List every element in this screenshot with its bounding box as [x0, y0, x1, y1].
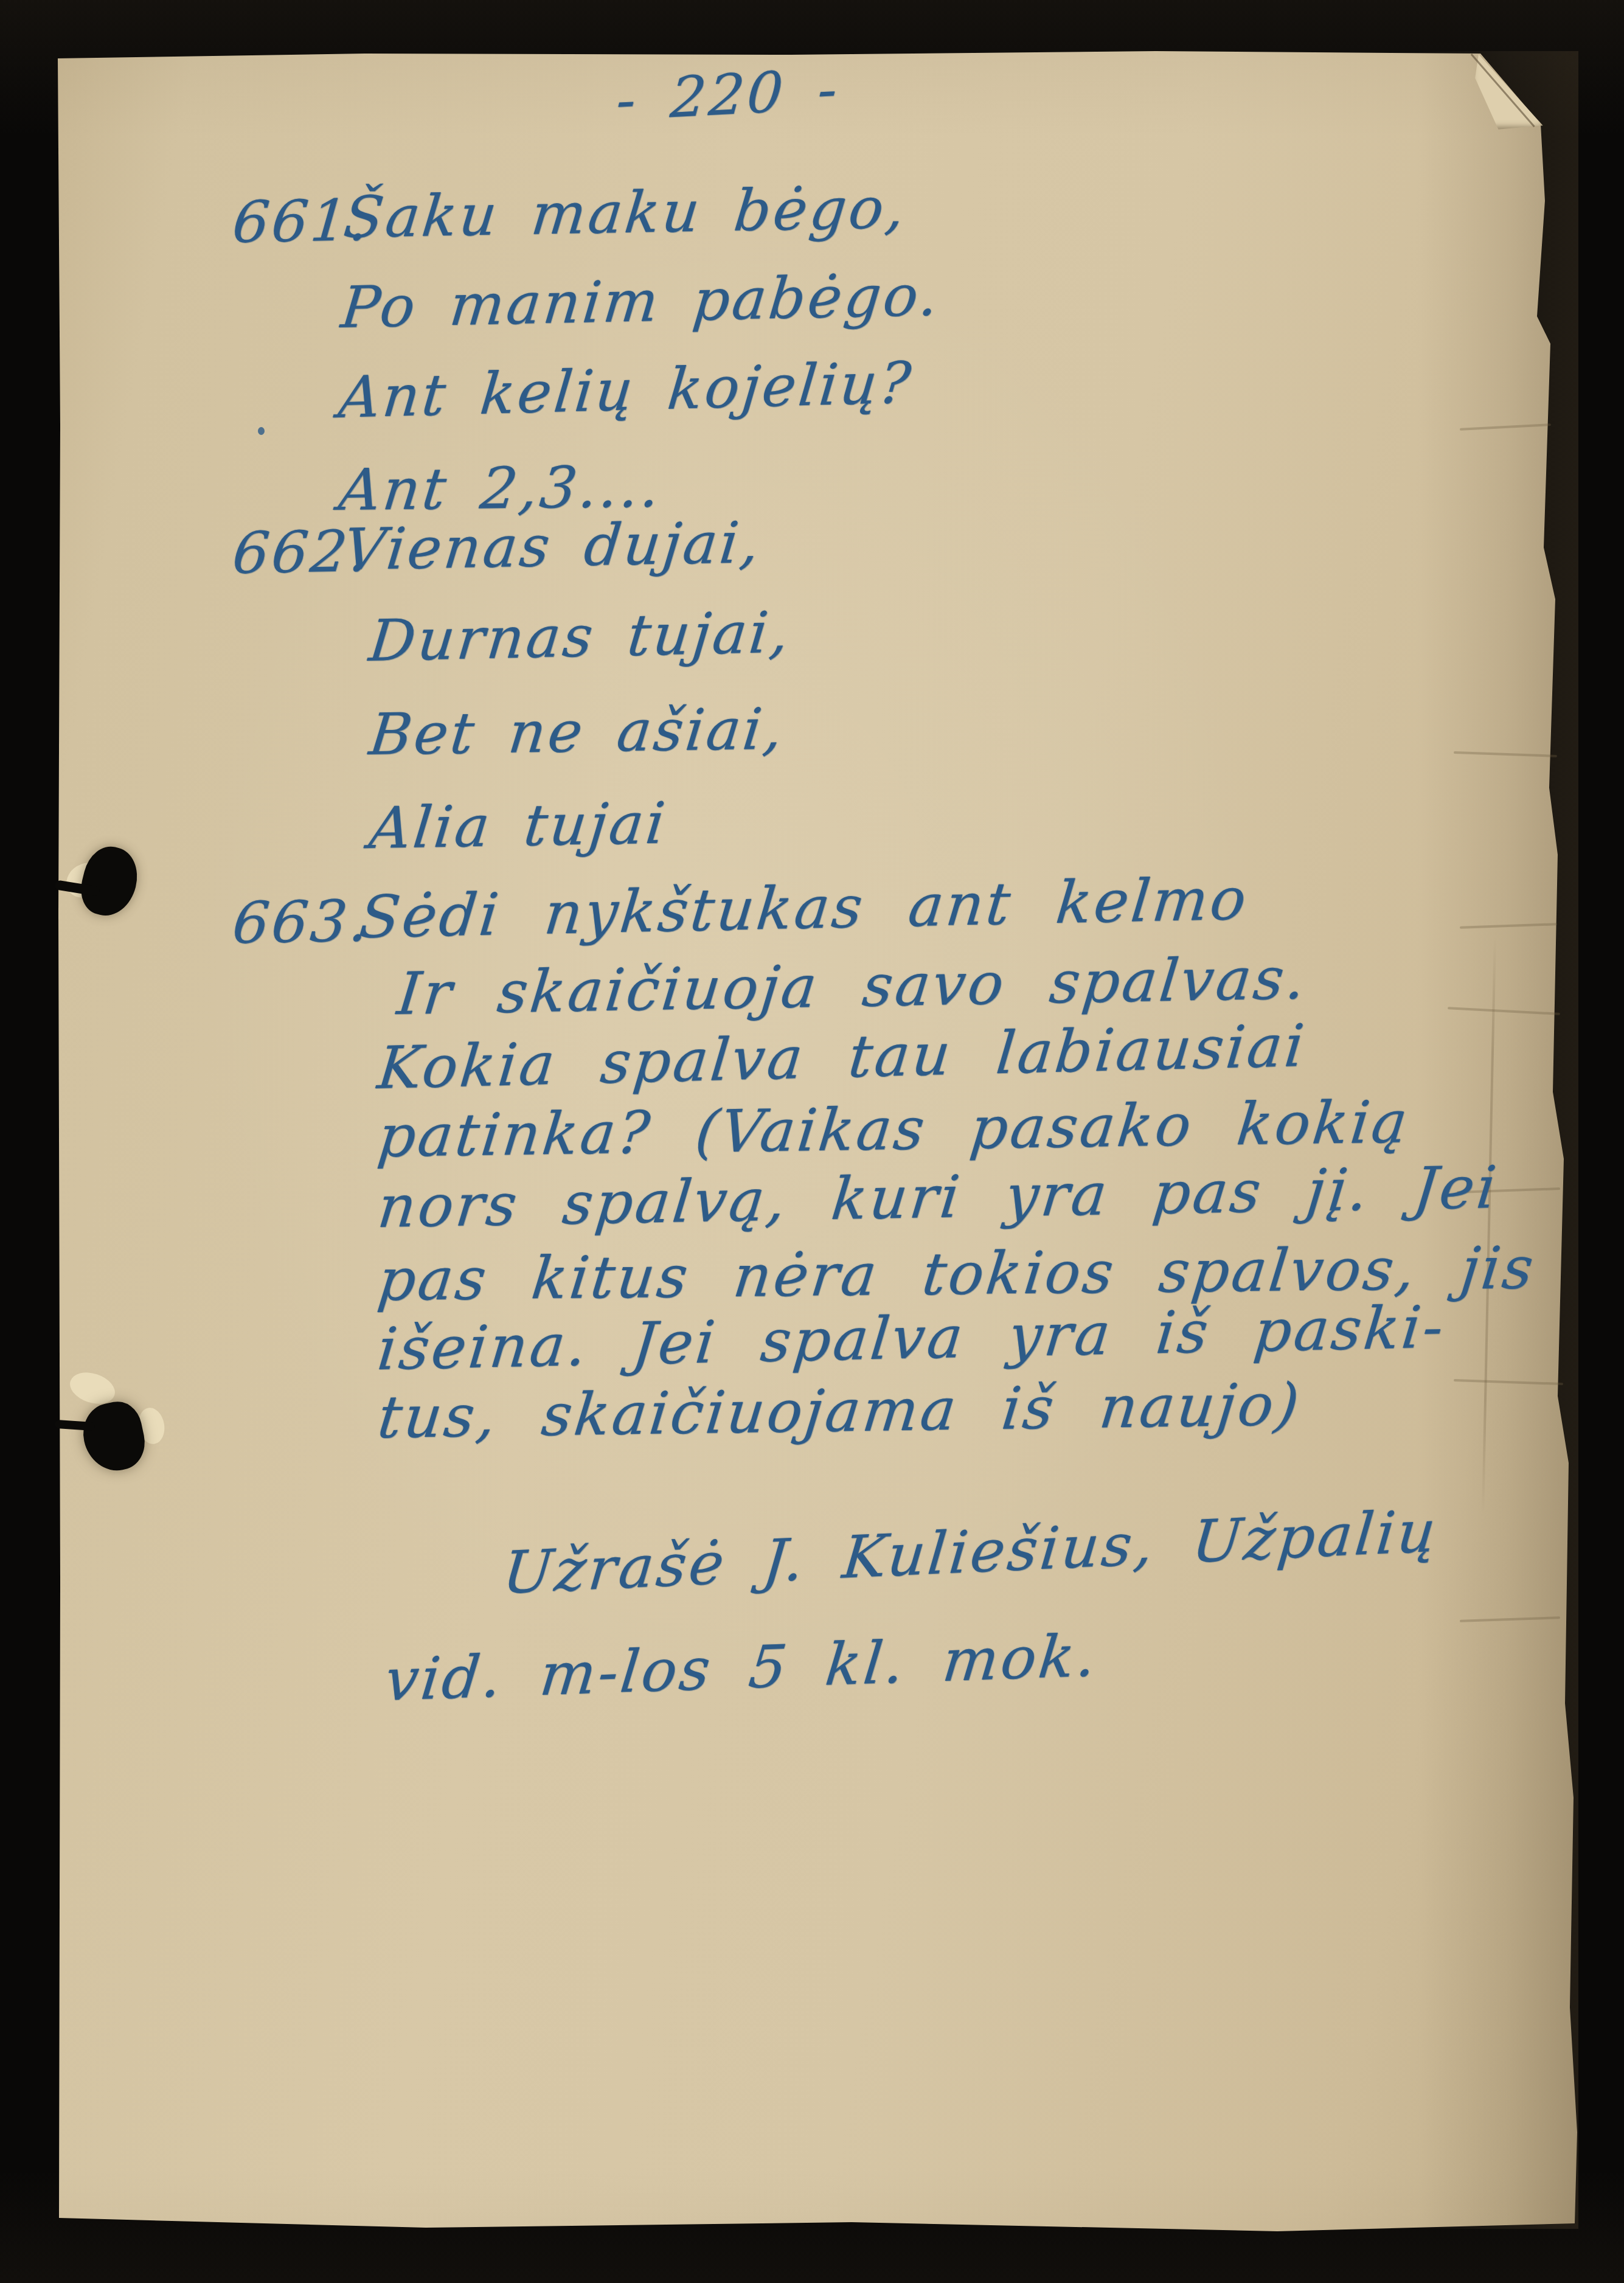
scanned-page-view: - 220 - 661. Šaku maku bėgo, Po manim pa…: [0, 0, 1624, 2283]
handwritten-line: Alia tujai: [366, 791, 670, 862]
handwritten-line: Bet ne ašiai,: [366, 697, 788, 768]
page-number: - 220 -: [614, 57, 842, 133]
handwritten-line: Durnas tujai,: [366, 600, 794, 675]
item-number-663: 663.: [230, 888, 373, 957]
handwritten-line: Po manim pabėgo.: [338, 262, 943, 341]
handwritten-line: Šaku maku bėgo,: [341, 175, 910, 251]
handwritten-line: tus, skaičiuojama iš naujo): [375, 1371, 1305, 1451]
handwritten-line: Vienas dujai,: [341, 510, 765, 583]
ink-dot: [258, 427, 265, 435]
